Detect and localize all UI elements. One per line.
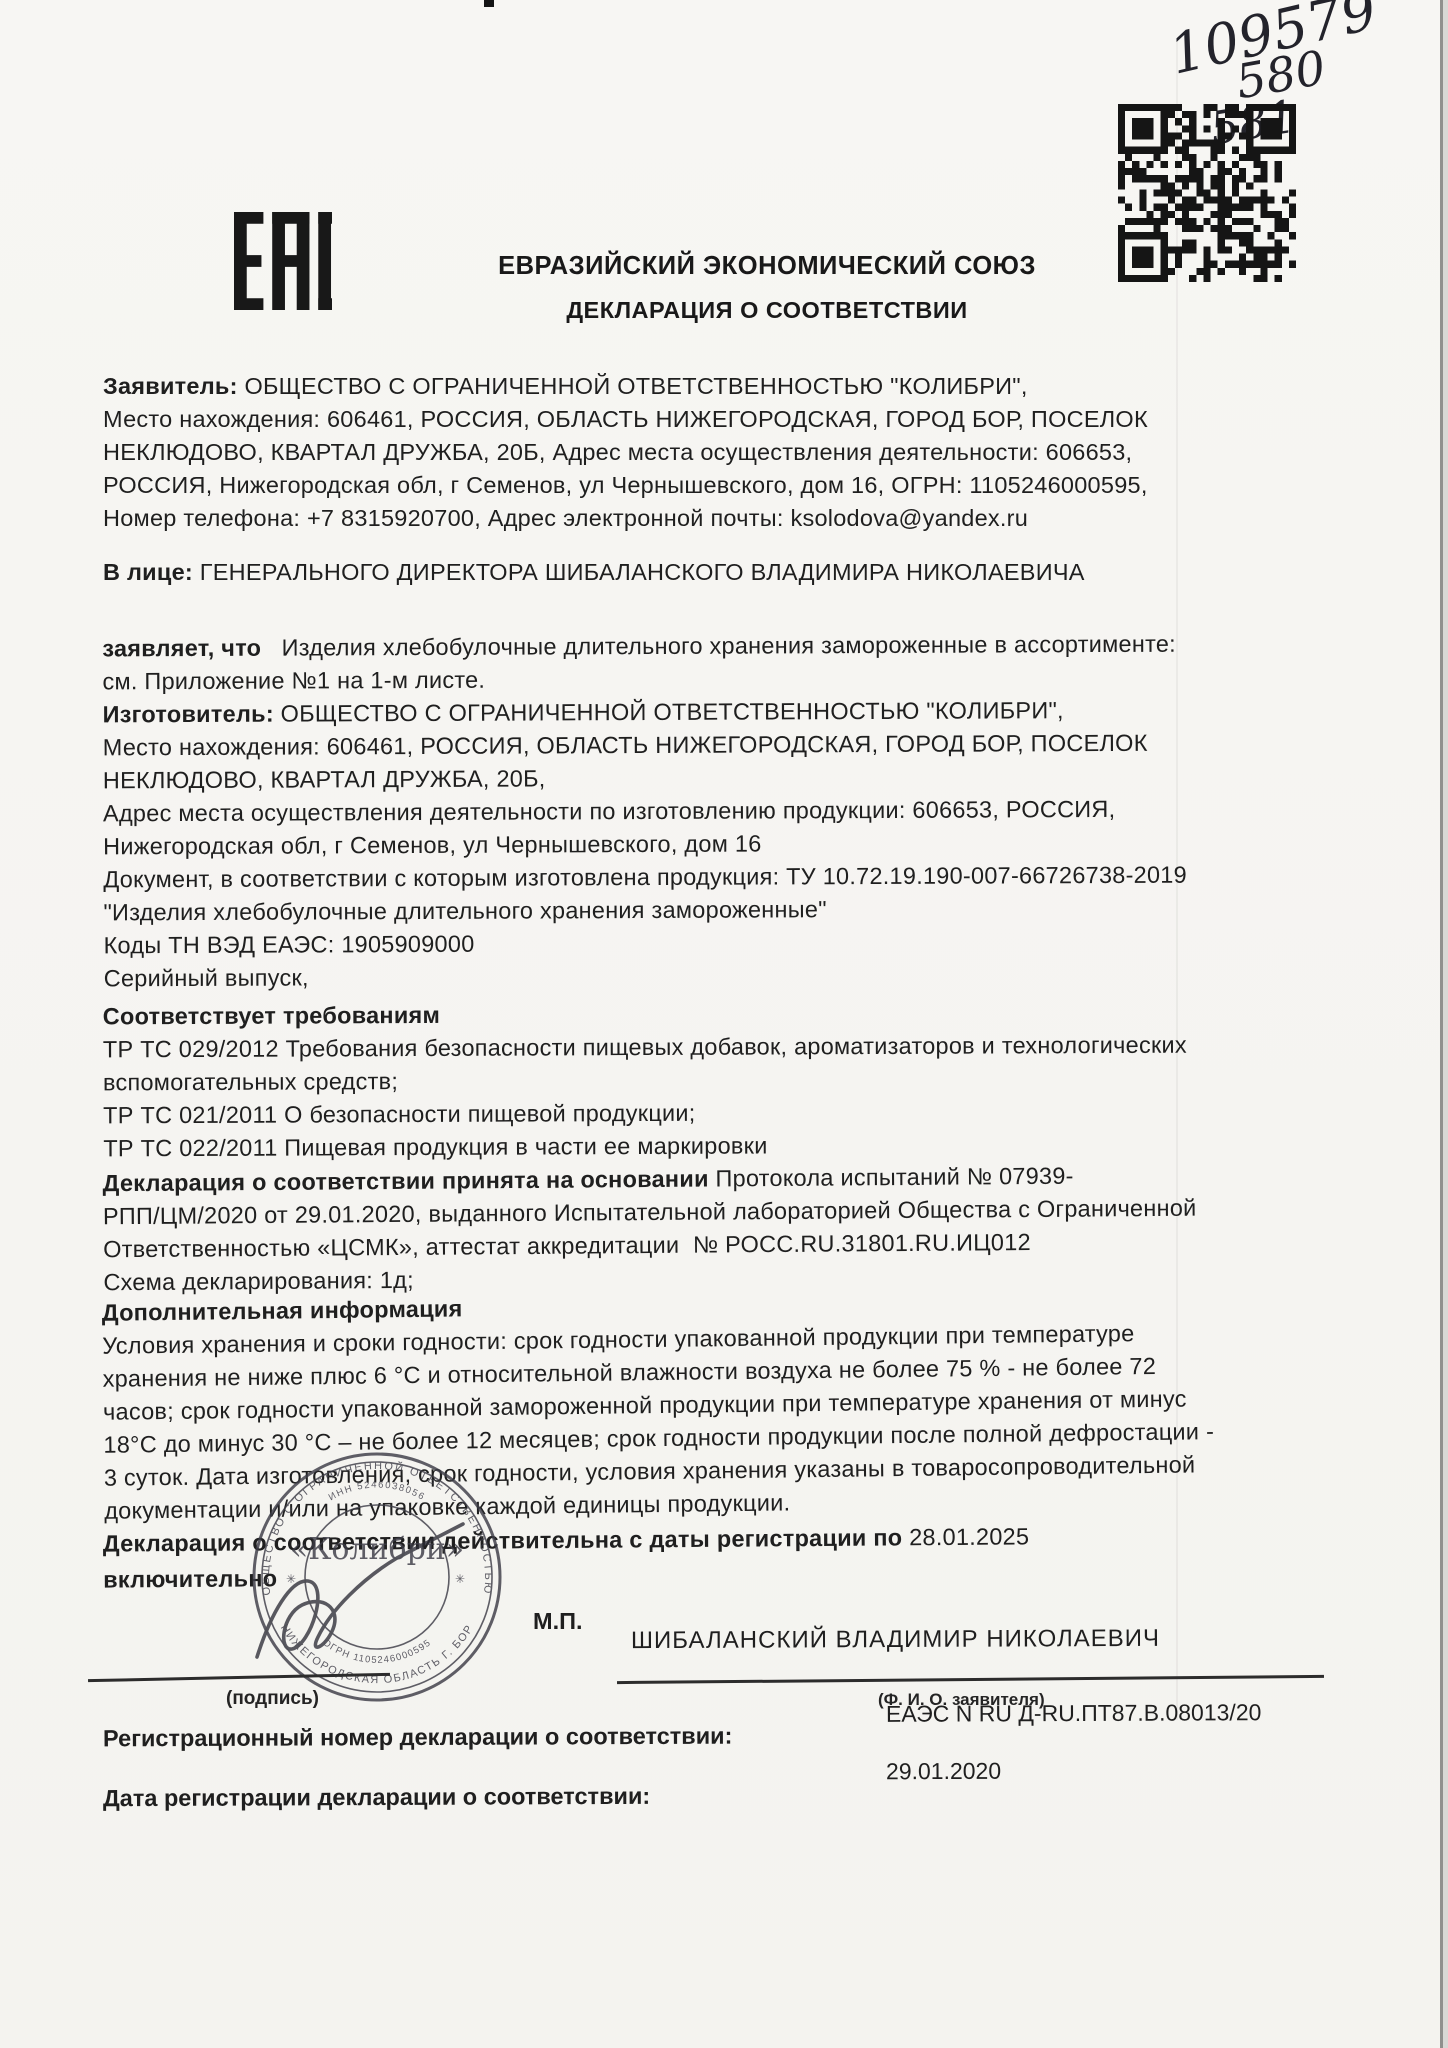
registration-number-value: ЕАЭС N RU Д-RU.ПТ87.В.08013/20 [886,1699,1262,1728]
text-line: заявляет, что Изделия хлебобулочные длит… [102,628,1186,666]
scan-right-edge-band [1443,0,1448,2048]
text-line: НЕКЛЮДОВО, КВАРТАЛ ДРУЖБА, 20Б, Адрес ме… [103,436,1148,469]
scanned-declaration-document: { "handwritten": { "n1": "109579", "n2":… [0,0,1448,2048]
declares-section: заявляет, что Изделия хлебобулочные длит… [102,628,1187,996]
registration-number-label: Регистрационный номер декларации о соотв… [103,1723,733,1753]
in-person-section: В лице: ГЕНЕРАЛЬНОГО ДИРЕКТОРА ШИБАЛАНСК… [103,556,1085,589]
scan-top-mark [484,0,494,7]
signature-caption: (подпись) [226,1688,319,1710]
text-line: см. Приложение №1 на 1-м листе. [102,661,1186,699]
qr-code-icon [1118,104,1296,282]
text-line: Соответствует требованиям [103,996,1187,1034]
svg-text:ИНН 5246038056: ИНН 5246038056 [327,1479,427,1503]
mp-label: М.П. [533,1608,583,1635]
text-line: Документ, в соответствии с которым изгот… [103,859,1187,897]
basis-section: Декларация о соответствии принята на осн… [102,1159,1197,1300]
text-line: Номер телефона: +7 8315920700, Адрес эле… [103,502,1148,535]
svg-text:ОГРН 1105246000595: ОГРН 1105246000595 [321,1637,434,1666]
text-line: ТР ТС 021/2011 О безопасности пищевой пр… [103,1095,1187,1133]
declarant-name: ШИБАЛАНСКИЙ ВЛАДИМИР НИКОЛАЕВИЧ [631,1625,1160,1655]
declarant-name-line [617,1675,1324,1684]
conformity-section: Соответствует требованиям ТР ТС 029/2012… [103,996,1188,1166]
text-line: Изготовитель: ОБЩЕСТВО С ОГРАНИЧЕННОЙ ОТ… [103,694,1187,732]
stamp-ogrn-text: ОГРН 1105246000595 [321,1637,434,1666]
stamp-inn-text: ИНН 5246038056 [327,1479,427,1503]
registration-date-label: Дата регистрации декларации о соответств… [103,1783,650,1812]
text-line: Место нахождения: 606461, РОССИЯ, ОБЛАСТ… [103,727,1187,765]
text-line: ТР ТС 029/2012 Требования безопасности п… [103,1029,1187,1067]
text-line: Заявитель: ОБЩЕСТВО С ОГРАНИЧЕННОЙ ОТВЕТ… [103,370,1148,403]
eac-logo-icon [233,212,333,310]
text-line: "Изделия хлебобулочные длительного хране… [103,892,1187,930]
stamp-ornament-right: ✳ [455,1572,465,1586]
applicant-section: Заявитель: ОБЩЕСТВО С ОГРАНИЧЕННОЙ ОТВЕТ… [103,370,1148,535]
text-line: Серийный выпуск, [104,958,1188,996]
registration-date-value: 29.01.2020 [886,1758,1001,1786]
text-line: Коды ТН ВЭД ЕАЭС: 1905909000 [104,925,1188,963]
text-line: Адрес места осуществления деятельности п… [103,793,1187,831]
document-title: ДЕКЛАРАЦИЯ О СООТВЕТСТВИИ [566,297,967,324]
text-line: Нижегородская обл, г Семенов, ул Черныше… [103,826,1187,864]
union-title: ЕВРАЗИЙСКИЙ ЭКОНОМИЧЕСКИЙ СОЮЗ [498,252,1036,281]
text-line: вспомогательных средств; [103,1062,1187,1100]
text-line: В лице: ГЕНЕРАЛЬНОГО ДИРЕКТОРА ШИБАЛАНСК… [103,556,1085,589]
text-line: Место нахождения: 606461, РОССИЯ, ОБЛАСТ… [103,403,1148,436]
text-line: РОССИЯ, Нижегородская обл, г Семенов, ул… [103,469,1148,502]
text-line: НЕКЛЮДОВО, КВАРТАЛ ДРУЖБА, 20Б, [103,760,1187,798]
